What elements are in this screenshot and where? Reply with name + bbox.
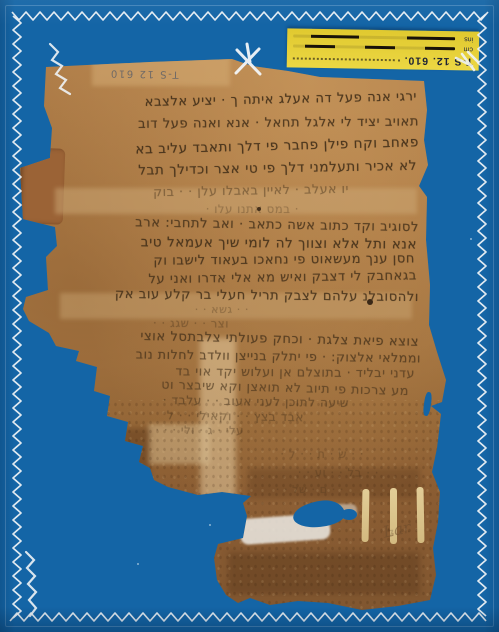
ruler-shelfmark-label: T-S 12. 610.: [404, 54, 473, 67]
manuscript-text-line: לא אכיר ותעלמני דלך פי טי אצר וכדילך תבל: [48, 158, 417, 180]
ruler-cm-scale-bar: [293, 44, 455, 50]
photograph-mat: ירגי אנה פעל דה אעלג איתה ך · יציע אלצבא…: [0, 0, 499, 632]
ruler-cm-row: cm: [293, 42, 473, 52]
manuscript-text-line: ירגי אנה פעל דה אעלג איתה ך · יציע אלצבא: [60, 89, 417, 111]
dust-speck: [209, 524, 211, 526]
manuscript-text-line: פאחב וקח פילן פחבר פי דלך ותאבד עליב בא: [56, 134, 419, 159]
manuscript-text-line: · במס אתנו עלו ·: [150, 202, 299, 216]
manuscript-text-line: לסוגיב וקד כתוב אשה כתאב · ואב לתחבי: אר…: [50, 214, 419, 235]
pencil-shelfmark: T-S 12 610: [98, 62, 190, 80]
ruler-ins-scale-bar: [293, 34, 455, 40]
scale-ruler: T-S 12. 610. cm ins: [287, 28, 480, 70]
ruler-label-row: T-S 12. 610.: [293, 52, 473, 67]
manuscript-text-line: יו אעלב · לאיין באבלו עלן · · בוק: [95, 181, 349, 200]
ruler-millimetre-ticks: [293, 57, 400, 61]
manuscript-text-line: אנא ותל אלא וצווך לה לומי שיך אעמאל טיב: [44, 233, 417, 252]
dust-speck: [137, 563, 139, 565]
ruler-ins-unit-label: ins: [459, 35, 473, 42]
ruler-cm-unit-label: cm: [459, 45, 473, 52]
manuscript-text-line: חסן ענך מעשאוט פי נחאכו בעאוד לישבו וק: [46, 251, 415, 269]
dust-speck: [470, 238, 472, 240]
manuscript-text-line: עלי · ג · ולי · · ·: [150, 423, 244, 438]
manuscript-text-line: · · ש · ת · · ל ·: [178, 447, 364, 461]
manuscript-text-line: · · בל · · וע · ·: [183, 464, 379, 479]
manuscript-text-line: תאויב יציד לי אלגל תחאל · אנא ואנה פעל ד…: [56, 114, 419, 132]
manuscript-text-line: בגאחבק לי דצבק ואיש מא אלי אדרו ואני על: [46, 268, 417, 288]
manuscript-text-line: · · גשא · ·: [150, 303, 249, 316]
ruler-ins-row: ins: [293, 32, 473, 42]
